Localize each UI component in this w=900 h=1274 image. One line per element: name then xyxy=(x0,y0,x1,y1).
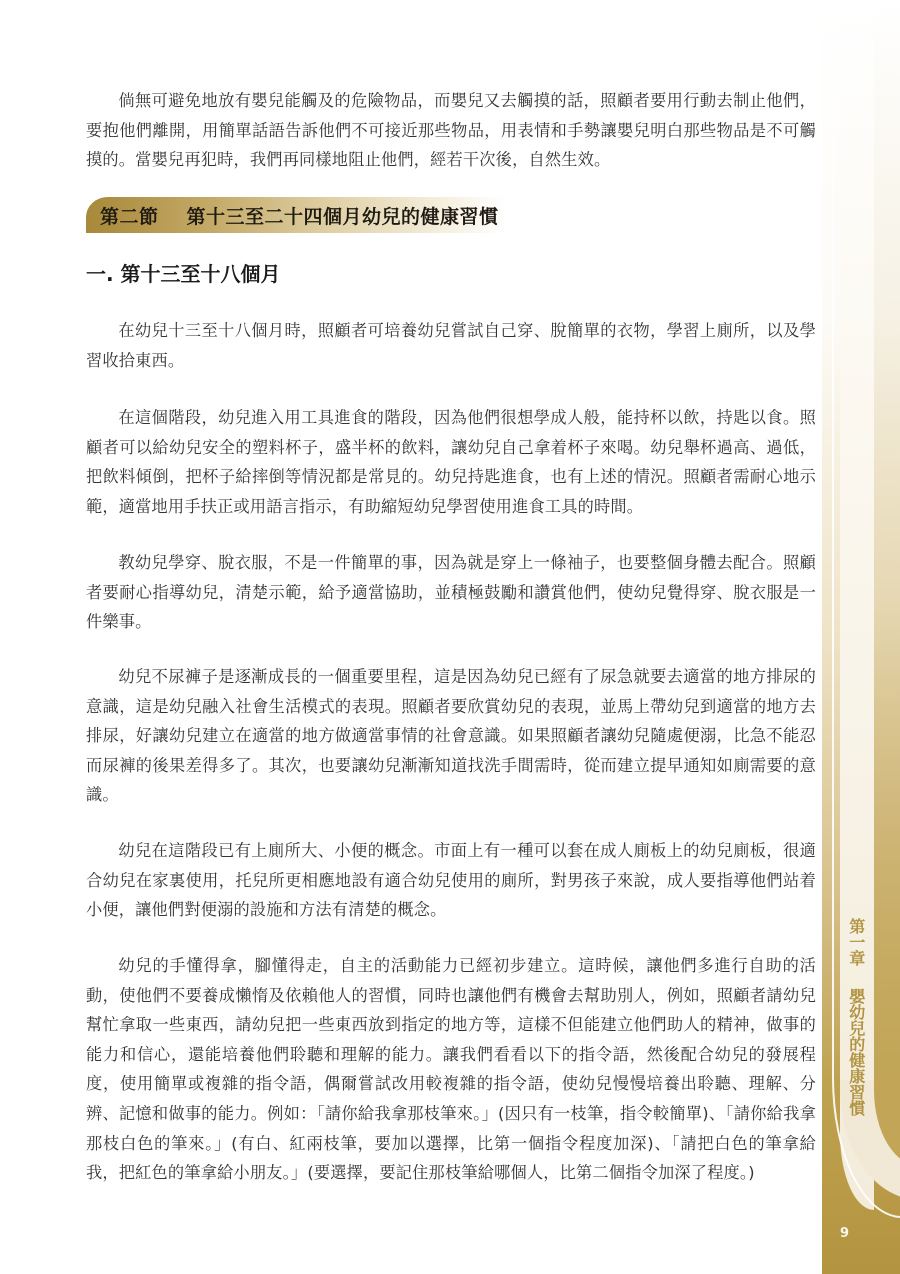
chapter-vertical-label: 第一章 嬰幼兒的健康習慣 xyxy=(846,918,866,1116)
section-banner: 第二節 第十三至二十四個月幼兒的健康習慣 xyxy=(86,197,506,233)
paragraph-intro: 在幼兒十三至十八個月時，照顧者可培養幼兒嘗試自己穿、脫簡單的衣物，學習上廁所，以… xyxy=(86,316,816,375)
paragraph-dressing: 教幼兒學穿、脫衣服，不是一件簡單的事，因為就是穿上一條袖子，也要整個身體去配合。… xyxy=(86,548,816,637)
paragraph-toilet-use: 幼兒在這階段已有上廁所大、小便的概念。市面上有一種可以套在成人廁板上的幼兒廁板，… xyxy=(86,836,816,925)
page-number: 9 xyxy=(840,1226,849,1241)
chapter-number: 第一章 xyxy=(846,918,866,966)
paragraph-eating-tools: 在這個階段，幼兒進入用工具進食的階段，因為他們很想學成人般，能持杯以飲，持匙以食… xyxy=(86,403,816,521)
paragraph-toilet-awareness: 幼兒不尿褲子是逐漸成長的一個重要里程，這是因為幼兒已經有了尿急就要去適當的地方排… xyxy=(86,662,816,810)
section-title: 第十三至二十四個月幼兒的健康習慣 xyxy=(187,202,499,229)
side-strip-white-line xyxy=(832,0,900,1218)
subsection-heading: 一. 第十三至十八個月 xyxy=(86,258,281,287)
paragraph-dangerous-objects: 倘無可避免地放有嬰兒能觸及的危險物品，而嬰兒又去觸摸的話，照顧者要用行動去制止他… xyxy=(86,86,816,175)
document-page: 倘無可避免地放有嬰兒能觸及的危險物品，而嬰兒又去觸摸的話，照顧者要用行動去制止他… xyxy=(0,0,900,1274)
paragraph-self-help: 幼兒的手懂得拿，腳懂得走，自主的活動能力已經初步建立。這時候，讓他們多進行自助的… xyxy=(86,951,816,1188)
chapter-title: 嬰幼兒的健康習慣 xyxy=(846,988,866,1116)
section-number: 第二節 xyxy=(100,202,159,229)
